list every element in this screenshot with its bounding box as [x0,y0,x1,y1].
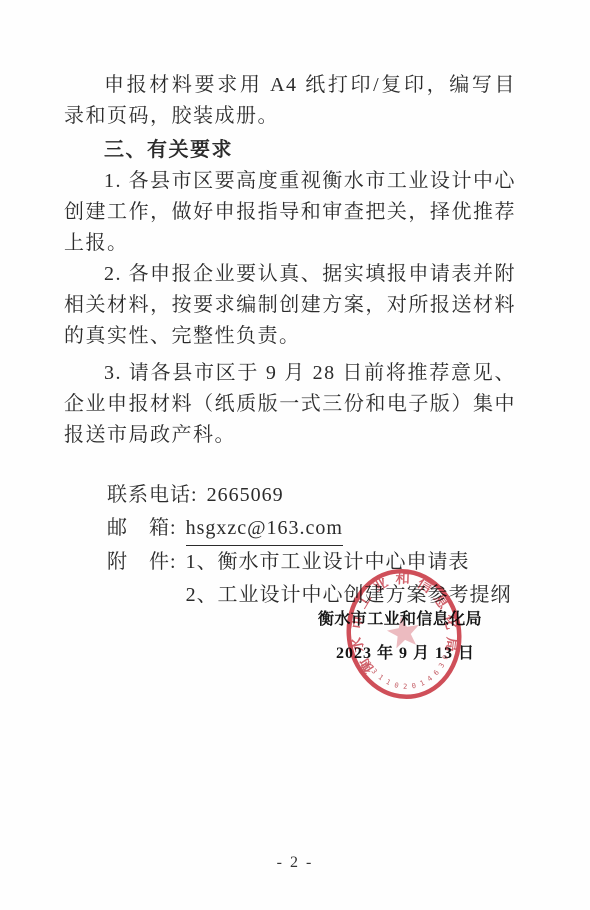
seal-star-icon [385,613,422,649]
paragraph: 申报材料要求用 A4 纸打印/复印，编写目录和页码，胶装成册。 [64,70,516,132]
paragraph: 2. 各申报企业要认真、据实填报申请表并附相关材料，按要求编制创建方案，对所报送… [64,259,516,352]
attachment-label: 附 件: [107,546,177,579]
section-heading: 三、有关要求 [64,135,516,166]
email-label: 邮 箱: [107,512,177,545]
paragraph: 1. 各县市区要高度重视衡水市工业设计中心创建工作，做好申报指导和审查把关，择优… [64,166,516,259]
document-body: 申报材料要求用 A4 纸打印/复印，编写目录和页码，胶装成册。 三、有关要求 1… [64,70,516,612]
phone-label: 联系电话: [107,479,198,512]
phone-value: 2665069 [207,479,284,512]
contact-email-row: 邮 箱: hsgxzc@163.com [107,512,516,546]
page-number: - 2 - [0,854,590,872]
document-page: 申报材料要求用 A4 纸打印/复印，编写目录和页码，胶装成册。 三、有关要求 1… [0,0,590,910]
paragraph: 3. 请各县市区于 9 月 28 日前将推荐意见、企业申报材料（纸质版一式三份和… [64,358,516,451]
email-value: hsgxzc@163.com [186,512,343,546]
official-seal: 衡水市工业和信息化局 1311020146300 [331,555,477,712]
contact-phone-row: 联系电话: 2665069 [107,479,516,512]
